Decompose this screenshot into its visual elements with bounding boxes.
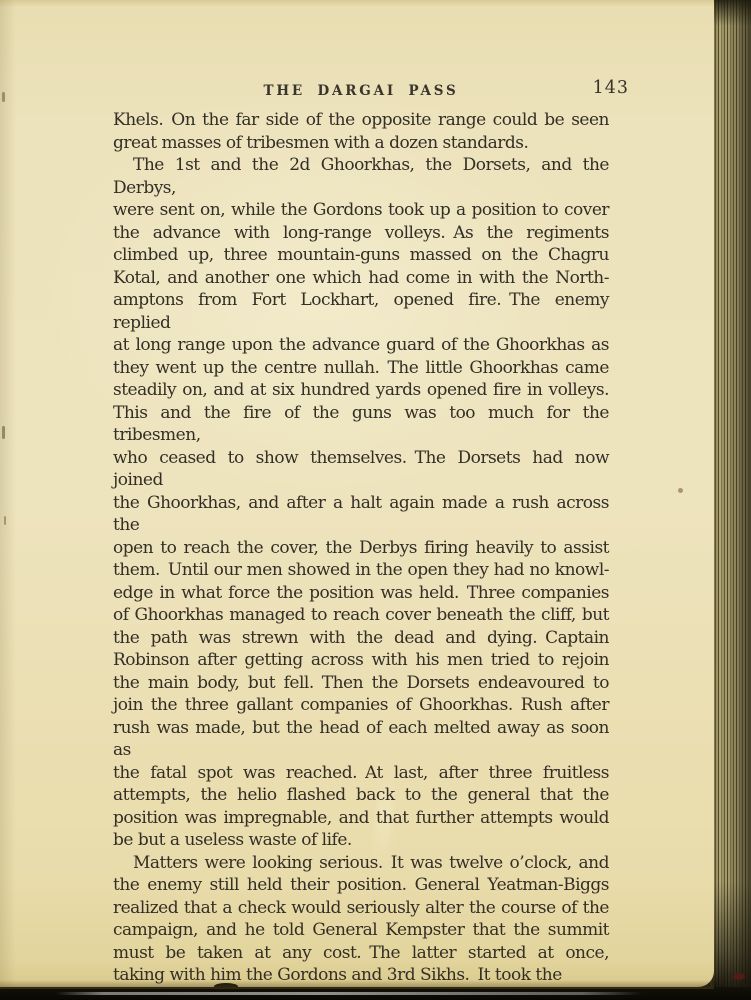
running-head: THE DARGAI PASS 143 bbox=[113, 80, 609, 99]
text-line: the advance with long-range volleys. As … bbox=[113, 222, 609, 245]
text-line: rush was made, but the head of each melt… bbox=[113, 717, 609, 762]
body-text: Khels. On the far side of the opposite r… bbox=[113, 109, 609, 987]
text-line: join the three gallant companies of Ghoo… bbox=[113, 694, 609, 717]
text-line: Khels. On the far side of the opposite r… bbox=[113, 109, 609, 132]
text-line: they went up the centre nullah. The litt… bbox=[113, 357, 609, 380]
text-line: the Ghoorkhas, and after a halt again ma… bbox=[113, 492, 609, 537]
text-line: This and the fire of the guns was too mu… bbox=[113, 402, 609, 447]
page-number: 143 bbox=[593, 78, 629, 98]
text-line: realized that a check would seriously al… bbox=[113, 897, 609, 920]
text-line: Robinson after getting across with his m… bbox=[113, 649, 609, 672]
text-line: at long range upon the advance guard of … bbox=[113, 334, 609, 357]
text-line: who ceased to show themselves. The Dorse… bbox=[113, 447, 609, 492]
text-block: THE DARGAI PASS 143 Khels. On the far si… bbox=[113, 80, 609, 987]
text-line: position was impregnable, and that furth… bbox=[113, 807, 609, 830]
text-line: them. Until our men showed in the open t… bbox=[113, 559, 609, 582]
running-head-title: THE DARGAI PASS bbox=[263, 83, 458, 99]
book-page: THE DARGAI PASS 143 Khels. On the far si… bbox=[0, 0, 714, 987]
book-scan: THE DARGAI PASS 143 Khels. On the far si… bbox=[0, 0, 751, 1000]
page-bottom-shadow bbox=[0, 980, 714, 989]
text-line: edge in what force the position was held… bbox=[113, 582, 609, 605]
left-edge-mark bbox=[2, 92, 5, 102]
page-stack-shading bbox=[710, 0, 751, 992]
text-line: Matters were looking serious. It was twe… bbox=[113, 852, 609, 875]
text-line: must be taken at any cost. The latter st… bbox=[113, 942, 609, 965]
text-line: amptons from Fort Lockhart, opened fire.… bbox=[113, 289, 609, 334]
paper-speck bbox=[678, 488, 683, 493]
left-edge-mark bbox=[4, 516, 6, 525]
text-line: campaign, and he told General Kempster t… bbox=[113, 919, 609, 942]
text-line: great masses of tribesmen with a dozen s… bbox=[113, 132, 609, 155]
page-stack-edge bbox=[710, 0, 751, 992]
text-line: climbed up, three mountain-guns massed o… bbox=[113, 244, 609, 267]
text-line: open to reach the cover, the Derbys firi… bbox=[113, 537, 609, 560]
text-line: steadily on, and at six hundred yards op… bbox=[113, 379, 609, 402]
text-line: the path was strewn with the dead and dy… bbox=[113, 627, 609, 650]
text-line: were sent on, while the Gordons took up … bbox=[113, 199, 609, 222]
text-line: the enemy still held their position. Gen… bbox=[113, 874, 609, 897]
cover-corner-speck bbox=[733, 973, 745, 980]
text-line: be but a useless waste of life. bbox=[113, 829, 609, 852]
left-edge-mark bbox=[2, 426, 5, 439]
text-line: Kotal, and another one which had come in… bbox=[113, 267, 609, 290]
text-line: of Ghoorkhas managed to reach cover bene… bbox=[113, 604, 609, 627]
text-line: attempts, the helio flashed back to the … bbox=[113, 784, 609, 807]
text-line: The 1st and the 2d Ghoorkhas, the Dorset… bbox=[113, 154, 609, 199]
text-line: the fatal spot was reached. At last, aft… bbox=[113, 762, 609, 785]
text-line: the main body, but fell. Then the Dorset… bbox=[113, 672, 609, 695]
bottom-edge-highlight bbox=[56, 992, 642, 995]
